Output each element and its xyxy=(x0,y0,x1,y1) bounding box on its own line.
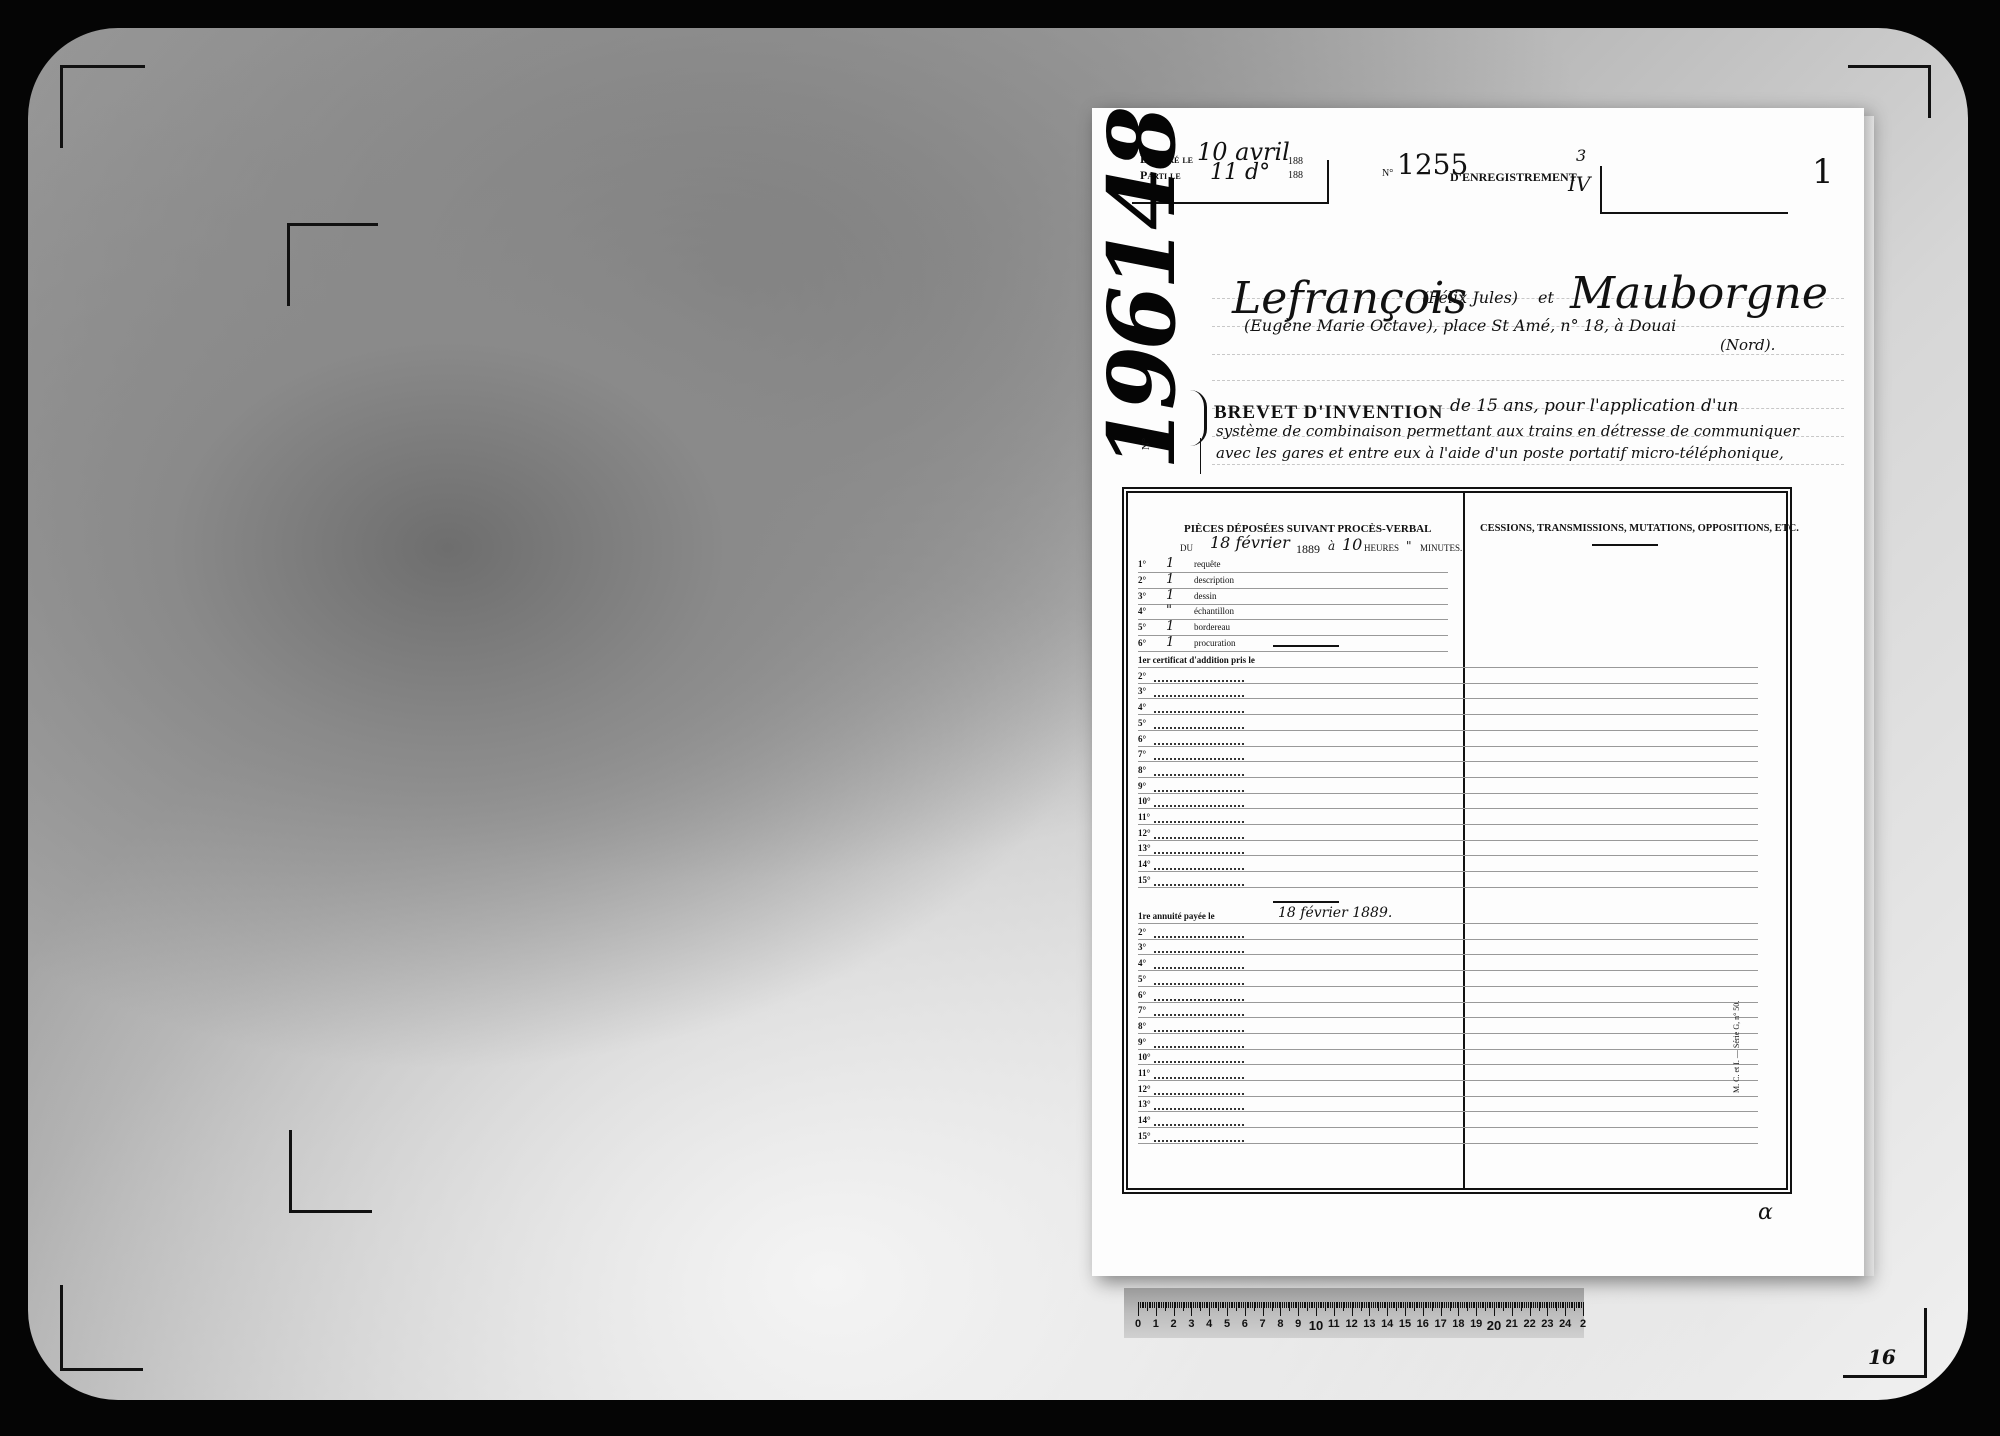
list-row-dots xyxy=(1154,1140,1244,1142)
patent-number-prefix: N° xyxy=(1140,438,1152,450)
list-row xyxy=(1138,1096,1758,1097)
list-row xyxy=(1138,824,1758,825)
ruler-label: 6 xyxy=(1242,1318,1248,1330)
ruler-label: 19 xyxy=(1470,1318,1482,1330)
list-row-dots xyxy=(1154,1014,1244,1016)
list-row-dots xyxy=(1154,727,1244,729)
piece-number: 5° xyxy=(1138,622,1146,632)
list-row xyxy=(1138,840,1758,841)
list-row-dots xyxy=(1154,951,1244,953)
deposit-hour: 10 xyxy=(1342,535,1362,554)
piece-number: 2° xyxy=(1138,575,1146,585)
list-row-number: 14° xyxy=(1138,1115,1151,1125)
list-row-dots xyxy=(1154,1108,1244,1110)
list-row-number: 8° xyxy=(1138,1021,1146,1031)
list-row-number: 10° xyxy=(1138,1052,1151,1062)
printer-mark: M. C. et I. — Série G, n° 50. xyxy=(1732,1001,1741,1093)
registration-bracket xyxy=(1600,166,1788,214)
registration-label: D'ENREGISTREMENT xyxy=(1450,170,1577,185)
ruler-label: 3 xyxy=(1188,1318,1194,1330)
list-row xyxy=(1138,761,1758,762)
list-row xyxy=(1138,1033,1758,1034)
list-row xyxy=(1138,986,1758,987)
list-row-dots xyxy=(1154,743,1244,745)
piece-label: description xyxy=(1194,575,1234,585)
piece-count: " xyxy=(1166,603,1172,618)
list-row-dots xyxy=(1154,1061,1244,1063)
list-row-dots xyxy=(1154,680,1244,682)
list-row-number: 15° xyxy=(1138,875,1151,885)
ruler-label: 17 xyxy=(1434,1318,1446,1330)
ruler-label: 23 xyxy=(1541,1318,1553,1330)
ruler-label: 15 xyxy=(1399,1318,1411,1330)
corner-mark-top-left xyxy=(60,65,145,148)
ruler-label: 21 xyxy=(1506,1318,1518,1330)
applicant-department: (Nord). xyxy=(1720,336,1775,354)
list-row-number: 3° xyxy=(1138,686,1146,696)
piece-number: 6° xyxy=(1138,638,1146,648)
right-column-heading: CESSIONS, TRANSMISSIONS, MUTATIONS, OPPO… xyxy=(1480,523,1799,534)
list-row-number: 13° xyxy=(1138,1099,1151,1109)
list-row-dots xyxy=(1154,837,1244,839)
list-row-dots xyxy=(1154,774,1244,776)
piece-row xyxy=(1138,651,1448,652)
ruler-label: 11 xyxy=(1328,1318,1340,1330)
list-row xyxy=(1138,714,1758,715)
piece-row xyxy=(1138,588,1448,589)
list-row-dots xyxy=(1154,821,1244,823)
list-row-number: 8° xyxy=(1138,765,1146,775)
ruler-label: 5 xyxy=(1224,1318,1230,1330)
list-row xyxy=(1138,1064,1758,1065)
list-row xyxy=(1138,730,1758,731)
list-row-dots xyxy=(1154,1093,1244,1095)
list-row xyxy=(1138,1017,1758,1018)
piece-count: 1 xyxy=(1166,619,1174,634)
list-row-number: 2° xyxy=(1138,671,1146,681)
ruler-label: 2 xyxy=(1580,1318,1586,1330)
piece-label: procuration xyxy=(1194,638,1235,648)
piece-row xyxy=(1138,619,1448,620)
list-row-number: 7° xyxy=(1138,1005,1146,1015)
sheet-initials: ɑ xyxy=(1758,1200,1773,1225)
list-row-number: 9° xyxy=(1138,781,1146,791)
section-rule-2 xyxy=(1273,901,1339,903)
title-line-1: de 15 ans, pour l'application d'un xyxy=(1450,396,1738,416)
title-line-3: avec les gares et entre eux à l'aide d'u… xyxy=(1216,444,1784,462)
deposit-a: à xyxy=(1328,539,1335,553)
list-first-label: 1re annuité payée le xyxy=(1138,911,1215,921)
corner-initials: 16 xyxy=(1868,1345,1896,1369)
list-row-number: 6° xyxy=(1138,734,1146,744)
piece-count: 1 xyxy=(1166,556,1174,571)
list-first-label: 1er certificat d'addition pris le xyxy=(1138,655,1255,665)
ruler-label: 4 xyxy=(1206,1318,1212,1330)
ruler-label: 7 xyxy=(1260,1318,1266,1330)
list-row-dots xyxy=(1154,852,1244,854)
list-row xyxy=(1138,808,1758,809)
page-number: 1 xyxy=(1812,152,1834,192)
section-rule-1 xyxy=(1273,645,1339,647)
list-row-number: 11° xyxy=(1138,812,1150,822)
piece-label: dessin xyxy=(1194,591,1217,601)
list-row-dots xyxy=(1154,1046,1244,1048)
piece-row xyxy=(1138,635,1448,636)
list-row-dots xyxy=(1154,1077,1244,1079)
list-row-number: 4° xyxy=(1138,958,1146,968)
list-row xyxy=(1138,954,1758,955)
ruler-label: 13 xyxy=(1363,1318,1375,1330)
ruler-label: 14 xyxy=(1381,1318,1393,1330)
applicant-address: (Eugène Marie Octave), place St Amé, n° … xyxy=(1244,316,1676,335)
list-row xyxy=(1138,970,1758,971)
piece-count: 1 xyxy=(1166,635,1174,650)
list-row xyxy=(1138,1080,1758,1081)
list-row-dots xyxy=(1154,868,1244,870)
piece-row xyxy=(1138,572,1448,573)
ruler-tick xyxy=(1583,1302,1584,1316)
ruler-label: 24 xyxy=(1559,1318,1571,1330)
piece-row xyxy=(1138,604,1448,605)
list-row xyxy=(1138,939,1758,940)
list-row-number: 12° xyxy=(1138,1084,1151,1094)
piece-number: 1° xyxy=(1138,559,1146,569)
title-line-2: système de combinaison permettant aux tr… xyxy=(1216,422,1799,440)
applicant-connector: et xyxy=(1538,288,1554,307)
deposit-minutes: " xyxy=(1406,539,1412,553)
list-row-dots xyxy=(1154,805,1244,807)
piece-label: échantillon xyxy=(1194,606,1234,616)
list-row-dots xyxy=(1154,711,1244,713)
list-row-number: 4° xyxy=(1138,702,1146,712)
right-heading-rule xyxy=(1592,544,1658,546)
list-row-dots xyxy=(1154,983,1244,985)
list-row-number: 10° xyxy=(1138,796,1151,806)
list-row-number: 9° xyxy=(1138,1037,1146,1047)
list-row-number: 14° xyxy=(1138,859,1151,869)
ruler-label: 2 xyxy=(1171,1318,1177,1330)
minutes-label: MINUTES. xyxy=(1420,543,1462,553)
piece-count: 1 xyxy=(1166,572,1174,587)
list-row-number: 7° xyxy=(1138,749,1146,759)
brevet-title: BREVET D'INVENTION xyxy=(1214,402,1443,424)
list-row-number: 15° xyxy=(1138,1131,1151,1141)
list-row xyxy=(1138,1049,1758,1050)
applicant-given-names: (Félix Jules) xyxy=(1422,288,1518,307)
corner-mark-bottom-left xyxy=(60,1285,143,1371)
ruler-label: 22 xyxy=(1523,1318,1535,1330)
piece-count: 1 xyxy=(1166,588,1174,603)
list-row-dots xyxy=(1154,758,1244,760)
measurement-ruler: 0123456789101112131415161718192021222324… xyxy=(1124,1288,1584,1338)
list-row-dots xyxy=(1154,790,1244,792)
list-row xyxy=(1138,855,1758,856)
list-row xyxy=(1138,777,1758,778)
hour-label: HEURES xyxy=(1364,543,1399,553)
list-row-dots xyxy=(1154,695,1244,697)
list-row xyxy=(1138,746,1758,747)
list-row-number: 2° xyxy=(1138,927,1146,937)
deposit-date: 18 février xyxy=(1210,533,1290,552)
list-row-number: 3° xyxy=(1138,942,1146,952)
ruler-label: 20 xyxy=(1487,1318,1501,1333)
list-row xyxy=(1138,698,1758,699)
applicant-second-surname: Mauborgne xyxy=(1570,268,1828,319)
list-row xyxy=(1138,1002,1758,1003)
piece-label: bordereau xyxy=(1194,622,1230,632)
patent-number-value: 196148 xyxy=(1088,110,1196,470)
list-row-number: 12° xyxy=(1138,828,1151,838)
list-row-dots xyxy=(1154,884,1244,886)
list-row xyxy=(1138,1127,1758,1128)
list-row xyxy=(1138,793,1758,794)
corner-mark-inner-bottom-left xyxy=(289,1130,372,1213)
ruler-label: 1 xyxy=(1153,1318,1159,1330)
list-row-number: 6° xyxy=(1138,990,1146,1000)
list-row-number: 11° xyxy=(1138,1068,1150,1078)
list-row-dots xyxy=(1154,1030,1244,1032)
ruler-label: 18 xyxy=(1452,1318,1464,1330)
list-row-number: 5° xyxy=(1138,974,1146,984)
list-row xyxy=(1138,871,1758,872)
list-row xyxy=(1138,923,1758,924)
title-vertical-rule xyxy=(1200,438,1201,474)
piece-number: 3° xyxy=(1138,591,1146,601)
list-row-number: 5° xyxy=(1138,718,1146,728)
list-row-number: 13° xyxy=(1138,843,1151,853)
list-row xyxy=(1138,1143,1758,1144)
list-row-dots xyxy=(1154,1124,1244,1126)
ruler-label: 9 xyxy=(1295,1318,1301,1330)
list-row xyxy=(1138,667,1758,668)
list-first-value: 18 février 1889. xyxy=(1278,905,1392,921)
register-table: PIÈCES DÉPOSÉES SUIVANT PROCÈS-VERBAL DU… xyxy=(1122,487,1792,1194)
list-row xyxy=(1138,1111,1758,1112)
fraction-top: 3 xyxy=(1576,146,1586,165)
ruler-label: 10 xyxy=(1309,1318,1323,1333)
ruler-label: 8 xyxy=(1277,1318,1283,1330)
patent-number: 196148 xyxy=(1088,110,1196,470)
ruler-label: 16 xyxy=(1417,1318,1429,1330)
corner-mark-inner-top-left xyxy=(287,223,378,306)
du-label: DU xyxy=(1180,543,1193,553)
registration-prefix: N° xyxy=(1382,168,1393,179)
ruler-label: 0 xyxy=(1135,1318,1141,1330)
piece-number: 4° xyxy=(1138,606,1146,616)
list-row xyxy=(1138,887,1758,888)
list-row-dots xyxy=(1154,936,1244,938)
piece-label: requête xyxy=(1194,559,1220,569)
list-row-dots xyxy=(1154,967,1244,969)
fraction-bottom: IV xyxy=(1568,172,1590,196)
deposit-year: 1889 xyxy=(1296,542,1320,557)
list-row-dots xyxy=(1154,999,1244,1001)
ruler-label: 12 xyxy=(1345,1318,1357,1330)
list-row xyxy=(1138,683,1758,684)
